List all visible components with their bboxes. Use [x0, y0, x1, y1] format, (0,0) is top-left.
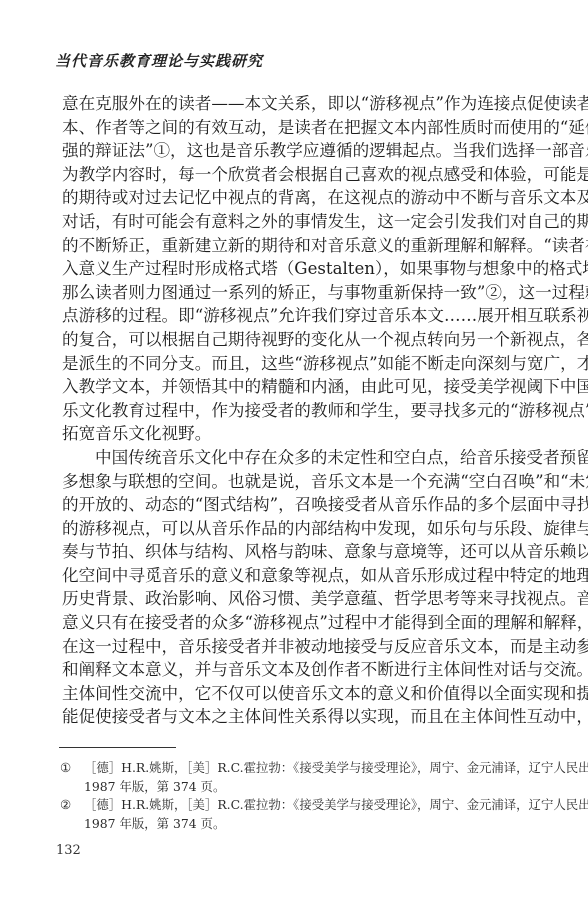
text-line: 入意义生产过程时形成格式塔（Gestalten），如果事物与想象中的格式塔不一致…	[62, 257, 538, 281]
text-line: 奏与节拍、织体与结构、风格与韵味、意象与意境等，还可以从音乐赖以生存的文	[62, 540, 538, 564]
text-line: 本、作者等之间的有效互动，是读者在把握文本内部性质时而使用的“延伸与加	[62, 116, 538, 140]
text-line: 为教学内容时，每一个欣赏者会根据自己喜欢的视点感受和体验，可能是对未来	[62, 163, 538, 187]
footnote-2: ② ［德］H.R.姚斯，［美］R.C.霍拉勃：《接受美学与接受理论》，周宁、金元…	[60, 796, 540, 833]
text-line: 意义只有在接受者的众多“游移视点”过程中才能得到全面的理解和解释，而且	[62, 611, 538, 635]
text-line: 拓宽音乐文化视野。	[62, 422, 538, 446]
footnote-text-line: ［德］H.R.姚斯，［美］R.C.霍拉勃：《接受美学与接受理论》，周宁、金元浦译…	[84, 796, 588, 815]
page-number: 132	[56, 843, 81, 858]
text-line: 对话，有时可能会有意料之外的事情发生，这一定会引发我们对自己的期待视野	[62, 210, 538, 234]
paragraph-1: 意在克服外在的读者——本文关系，即以“游移视点”作为连接点促使读者与文 本、作者…	[62, 92, 538, 446]
text-line: 乐文化教育过程中，作为接受者的教师和学生，要寻找多元的“游移视点”，从而	[62, 399, 538, 423]
footnote-text-line: ［德］H.R.姚斯，［美］R.C.霍拉勃：《接受美学与接受理论》，周宁、金元浦译…	[84, 759, 588, 778]
text-line: 意在克服外在的读者——本文关系，即以“游移视点”作为连接点促使读者与文	[62, 92, 538, 116]
text-line: 能促使接受者与文本之主体间性关系得以实现，而且在主体间性互动中，接受者	[62, 705, 538, 729]
text-line: 的期待或对过去记忆中视点的背离，在这视点的游动中不断与音乐文本及作者	[62, 186, 538, 210]
running-head: 当代音乐教育理论与实践研究	[55, 50, 263, 71]
text-line: 的开放的、动态的“图式结构”，召唤接受者从音乐作品的多个层面中寻找多元	[62, 493, 538, 517]
footnote-text-line: 1987 年版，第 374 页。	[84, 778, 588, 797]
text-line: 历史背景、政治影响、风俗习惯、美学意蕴、哲学思考等来寻找视点。音乐作品的	[62, 587, 538, 611]
text-line: 那么读者则力图通过一系列的矫正，与事物重新保持一致”②，这一过程就是视	[62, 281, 538, 305]
text-line: 和阐释文本意义，并与音乐文本及创作者不断进行主体间性对话与交流。在这	[62, 658, 538, 682]
text-line: 化空间中寻觅音乐的意义和意象等视点，如从音乐形成过程中特定的地理环境、	[62, 564, 538, 588]
text-line: 强的辩证法”①，这也是音乐教学应遵循的逻辑起点。当我们选择一部音乐作品	[62, 139, 538, 163]
text-line: 多想象与联想的空间。也就是说，音乐文本是一个充满“空白召唤”和“未定性”	[62, 470, 538, 494]
text-line: 点游移的过程。即“游移视点”允许我们穿过音乐本文……展开相互联系视点	[62, 304, 538, 328]
text-line: 中国传统音乐文化中存在众多的未定性和空白点，给音乐接受者预留了众	[62, 446, 538, 470]
text-line: 主体间性交流中，它不仅可以使音乐文本的意义和价值得以全面实现和提升，也	[62, 682, 538, 706]
footnotes: ① ［德］H.R.姚斯，［美］R.C.霍拉勃：《接受美学与接受理论》，周宁、金元…	[60, 759, 540, 833]
text-line: 的不断矫正，重新建立新的期待和对音乐意义的重新理解和解释。“读者在介	[62, 234, 538, 258]
footnote-text-line: 1987 年版，第 374 页。	[84, 815, 588, 834]
text-line: 的游移视点，可以从音乐作品的内部结构中发现，如乐句与乐段、旋律与音乐、节	[62, 517, 538, 541]
text-line: 在这一过程中，音乐接受者并非被动地接受与反应音乐文本，而是主动参与建构	[62, 635, 538, 659]
footnote-divider	[59, 747, 176, 748]
text-line: 的复合，可以根据自己期待视野的变化从一个视点转向另一个新视点，各视点都	[62, 328, 538, 352]
paragraph-2: 中国传统音乐文化中存在众多的未定性和空白点，给音乐接受者预留了众 多想象与联想的…	[62, 446, 538, 729]
footnote-marker: ②	[60, 796, 84, 833]
footnote-1: ① ［德］H.R.姚斯，［美］R.C.霍拉勃：《接受美学与接受理论》，周宁、金元…	[60, 759, 540, 796]
body-text: 意在克服外在的读者——本文关系，即以“游移视点”作为连接点促使读者与文 本、作者…	[62, 92, 538, 729]
footnote-marker: ①	[60, 759, 84, 796]
text-line: 入教学文本，并领悟其中的精髓和内涵，由此可见，接受美学视阈下中国传统音	[62, 375, 538, 399]
text-line: 是派生的不同分支。而且，这些“游移视点”如能不断走向深刻与宽广，才能深	[62, 352, 538, 376]
